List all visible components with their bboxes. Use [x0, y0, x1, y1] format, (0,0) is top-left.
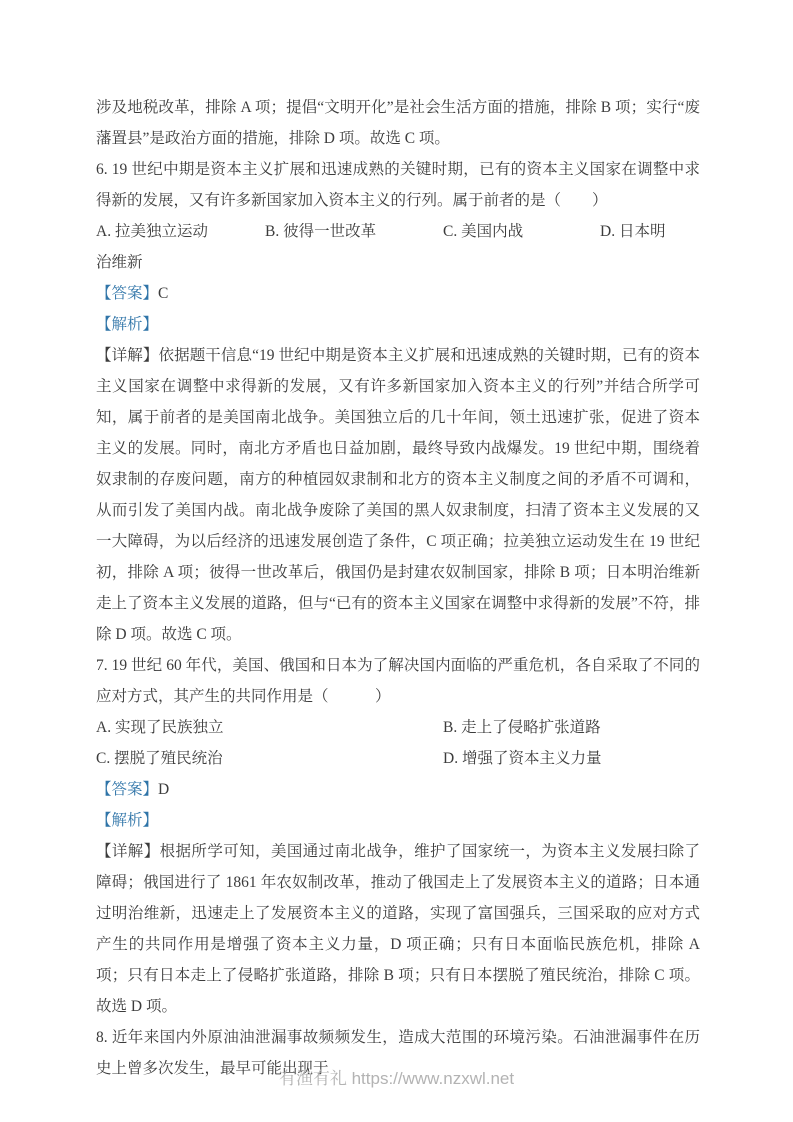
question-6-option-c: C. 美国内战 [443, 216, 523, 247]
prev-question-explanation-tail: 涉及地税改革，排除 A 项；提倡“文明开化”是社会生活方面的措施，排除 B 项；… [96, 92, 700, 154]
question-6-detail-paragraph: 【详解】依据题干信息“19 世纪中期是资本主义扩展和迅速成熟的关键时期，已有的资… [96, 340, 700, 650]
question-7-option-c: C. 摆脱了殖民统治 [96, 743, 443, 774]
question-7-answer-line: 【答案】D [96, 774, 700, 805]
question-7-stem: 7. 19 世纪 60 年代，美国、俄国和日本为了解决国内面临的严重危机，各自采… [96, 650, 700, 712]
question-6-option-d: D. 日本明 [600, 216, 665, 247]
question-7-options: A. 实现了民族独立 B. 走上了侵略扩张道路 C. 摆脱了殖民统治 D. 增强… [96, 712, 700, 774]
answer-label: 【答案】 [96, 781, 158, 798]
question-7-option-d: D. 增强了资本主义力量 [443, 743, 700, 774]
question-7-analysis-line: 【解析】 [96, 805, 700, 836]
question-7-detail-text: 根据所学可知，美国通过南北战争，维护了国家统一，为资本主义发展扫除了障碍；俄国进… [96, 843, 700, 1015]
page-content: 涉及地税改革，排除 A 项；提倡“文明开化”是社会生活方面的措施，排除 B 项；… [96, 92, 700, 1084]
detail-label: 【详解】 [96, 843, 160, 860]
question-7-answer-value: D [158, 781, 169, 798]
question-6-detail-text: 依据题干信息“19 世纪中期是资本主义扩展和迅速成熟的关键时期，已有的资本主义国… [96, 347, 700, 643]
question-7-option-b: B. 走上了侵略扩张道路 [443, 712, 700, 743]
analysis-label: 【解析】 [96, 316, 158, 333]
question-7-option-a: A. 实现了民族独立 [96, 712, 443, 743]
question-6-options: A. 拉美独立运动 B. 彼得一世改革 C. 美国内战 D. 日本明 治维新 [96, 216, 700, 278]
detail-label: 【详解】 [96, 347, 158, 364]
document-page: 涉及地税改革，排除 A 项；提倡“文明开化”是社会生活方面的措施，排除 B 项；… [0, 0, 793, 1122]
question-6-answer-value: C [158, 285, 168, 302]
question-6-analysis-line: 【解析】 [96, 309, 700, 340]
answer-label: 【答案】 [96, 285, 158, 302]
analysis-label: 【解析】 [96, 812, 158, 829]
question-6-option-a: A. 拉美独立运动 [96, 216, 208, 247]
watermark-footer: 有渔有礼 https://www.nzxwl.net [0, 1066, 793, 1092]
question-6-option-d-wrapped-text: 治维新 [96, 247, 143, 278]
question-6-option-b: B. 彼得一世改革 [265, 216, 376, 247]
question-6-stem: 6. 19 世纪中期是资本主义扩展和迅速成熟的关键时期，已有的资本主义国家在调整… [96, 154, 700, 216]
question-6-answer-line: 【答案】C [96, 278, 700, 309]
question-7-detail-paragraph: 【详解】根据所学可知，美国通过南北战争，维护了国家统一，为资本主义发展扫除了障碍… [96, 836, 700, 1022]
